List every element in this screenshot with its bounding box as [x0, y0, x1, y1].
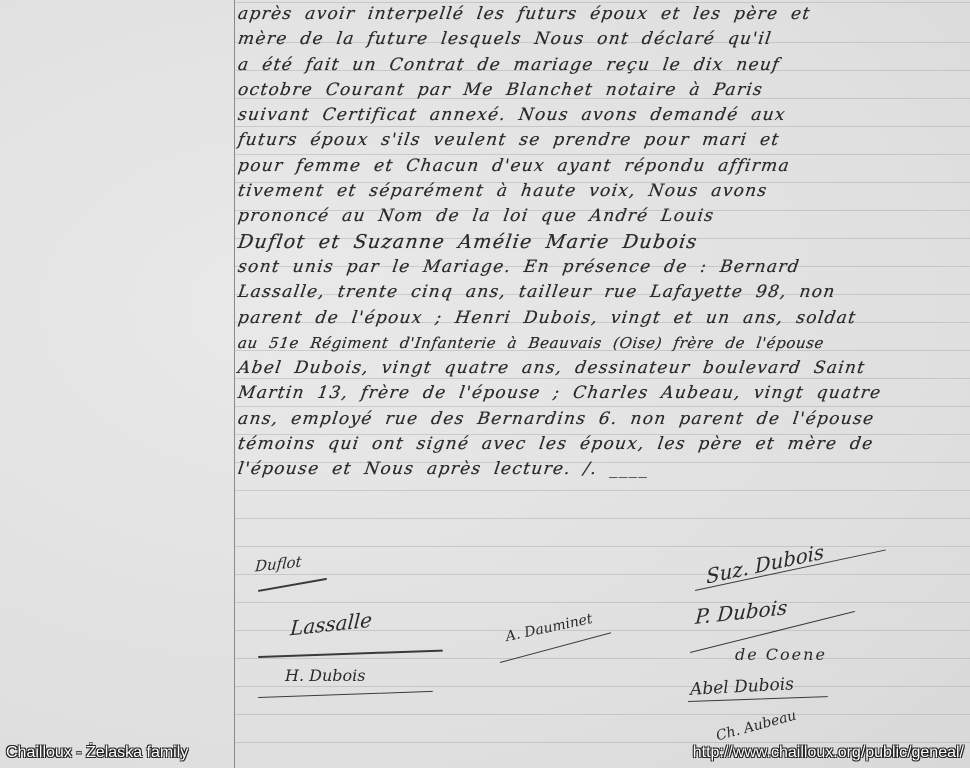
- text-line: pour femme et Chacun d'eux ayant répondu…: [236, 154, 970, 179]
- text-line: a été fait un Contrat de mariage reçu le…: [236, 53, 970, 78]
- text-line: après avoir interpellé les futurs époux …: [236, 2, 970, 27]
- text-line: Lassalle, trente cinq ans, tailleur rue …: [236, 280, 970, 305]
- signature-h-dubois: H. Dubois: [285, 666, 365, 685]
- text-line: parent de l'époux ; Henri Dubois, vingt …: [236, 306, 970, 331]
- family-caption: Chailloux - Żelaska family: [6, 744, 188, 762]
- margin-rule: [234, 0, 235, 768]
- text-line: ans, employé rue des Bernardins 6. non p…: [236, 407, 970, 432]
- text-line: sont unis par le Mariage. En présence de…: [236, 255, 970, 280]
- text-line: prononcé au Nom de la loi que André Loui…: [236, 204, 970, 229]
- text-line: tivement et séparément à haute voix, Nou…: [236, 179, 970, 204]
- text-line: Abel Dubois, vingt quatre ans, dessinate…: [236, 356, 970, 381]
- document-page: après avoir interpellé les futurs époux …: [0, 0, 970, 768]
- text-line: suivant Certificat annexé. Nous avons de…: [236, 103, 970, 128]
- text-line: témoins qui ont signé avec les époux, le…: [236, 432, 970, 457]
- text-line: l'épouse et Nous après lecture. /. ____: [236, 457, 970, 482]
- text-line: Duflot et Suzanne Amélie Marie Dubois: [236, 230, 970, 255]
- source-url-caption: http://www.chailloux.org/public/geneal/: [693, 744, 964, 762]
- text-line: au 51e Régiment d'Infanterie à Beauvais …: [236, 331, 970, 356]
- handwritten-text-block: après avoir interpellé les futurs époux …: [238, 2, 968, 483]
- text-line: mère de la future lesquels Nous ont décl…: [236, 27, 970, 52]
- text-line: Martin 13, frère de l'épouse ; Charles A…: [236, 381, 970, 406]
- text-line: futurs époux s'ils veulent se prendre po…: [236, 128, 970, 153]
- text-line: octobre Courant par Me Blanchet notaire …: [236, 78, 970, 103]
- signature-de-coene: de Coene: [735, 645, 827, 664]
